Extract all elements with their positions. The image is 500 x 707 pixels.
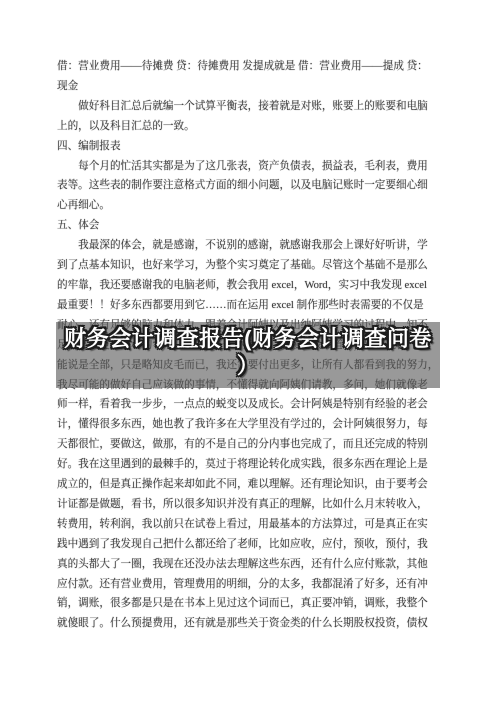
document-line: 就傻眼了。什么预提费用，还有就是那些关于资金类的什么长期股权投资，债权	[57, 614, 445, 634]
document-line: 上的，以及科目汇总的一致。	[57, 117, 445, 137]
document-line: 真的头都大了一圈，我现在还没办法去理解这些东西，还有什么应付账款，其他	[57, 555, 445, 575]
document-line: 计，懂得很多东西，她也教了我许多在大学里没有学过的，会计阿姨很努力，每	[57, 415, 445, 435]
document-line: 现金	[57, 77, 445, 97]
document-line: 践中遇到了我发现自己把什么都还给了老师，比如应收，应付，预收，预付，我	[57, 535, 445, 555]
title-overlay-banner: 财务会计调查报告(财务会计调查问卷 ）	[56, 322, 440, 388]
document-line: 应付款。还有营业费用，管理费用的明细，分的太多，我都混淆了好多，还有冲	[57, 575, 445, 595]
document-line: 计证都是做题，看书，所以很多知识并没有真正的理解，比如什么月末转收入，	[57, 495, 445, 515]
document-line: 表等。这些表的制作要注意格式方面的细小问题，以及电脑记账时一定要细心细	[57, 176, 445, 196]
document-line: 的牢靠，我还要感谢我的电脑老师，教会我用 excel，Word，实习中我发现 e…	[57, 276, 445, 296]
document-line: 四、编制报表	[57, 137, 445, 157]
overlay-title-line1: 财务会计调查报告(财务会计调查问卷	[56, 325, 440, 352]
document-line: 心再细心。	[57, 196, 445, 216]
document-line: 转费用，转利润，我以前只在试卷上看过，用最基本的方法算过，可是真正在实	[57, 515, 445, 535]
document-page: 借：营业费用——待摊费 贷：待摊费用 发提成就是 借：营业费用——提成 贷：现金…	[0, 0, 500, 707]
document-line: 我最深的体会，就是感谢，不说别的感谢，就感谢我那会上课好好听讲，学	[57, 236, 445, 256]
document-line: 借：营业费用——待摊费 贷：待摊费用 发提成就是 借：营业费用——提成 贷：	[57, 57, 445, 77]
document-line: 最重要！！好多东西都要用到它……而在运用 excel 制作那些时表需要的不仅是	[57, 296, 445, 316]
document-line: 做好科目汇总后就编一个试算平衡表，接着就是对账，账要上的账要和电脑	[57, 97, 445, 117]
document-line: 五、体会	[57, 216, 445, 236]
document-line: 成立的，但是真正操作起来却如此不同，难以理解。还有理论知识，由于要考会	[57, 475, 445, 495]
document-line: 到了点基本知识，也好来学习，为整个实习奠定了基础。尽管这个基础不是那么	[57, 256, 445, 276]
document-line: 每个月的忙活其实都是为了这几张表，资产负债表，损益表，毛利表，费用	[57, 157, 445, 177]
overlay-title-line2: ）	[56, 352, 440, 379]
document-line: 销，调账，很多都是只是在书本上见过这个词而已，真正要冲销，调账，我整个	[57, 594, 445, 614]
document-line: 天都很忙，要做这，做那，有的不是自己的分内事也完成了，而且还完成的特别	[57, 435, 445, 455]
document-line: 师一样，看着我一步步，一点点的蜕变以及成长。会计阿姨是特别有经验的老会	[57, 395, 445, 415]
document-line: 好。我在这里遇到的最棘手的，莫过于将理论转化成实践，很多东西在理论上是	[57, 455, 445, 475]
